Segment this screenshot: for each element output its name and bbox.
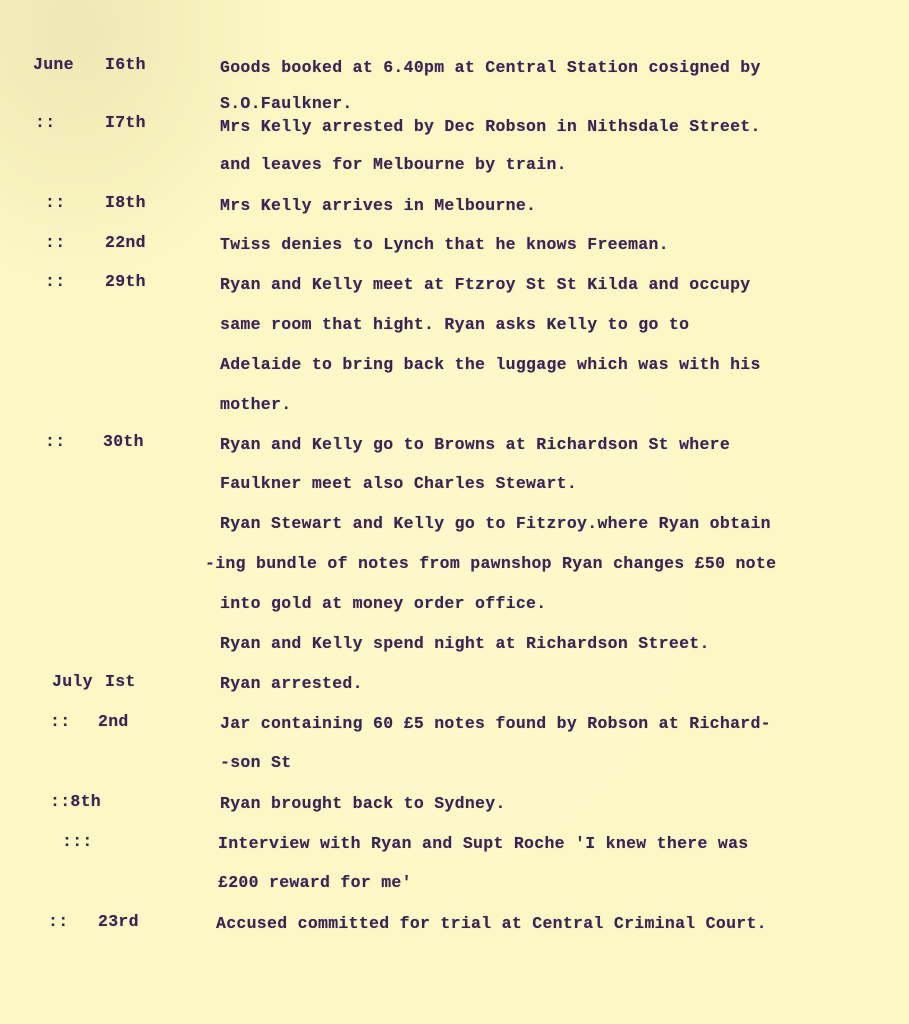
date-marker: :: bbox=[35, 113, 55, 132]
date-day: 22nd bbox=[105, 233, 146, 252]
entry-text-line: -ing bundle of notes from pawnshop Ryan … bbox=[205, 554, 776, 573]
date-marker: :: bbox=[48, 912, 68, 931]
entry-text-line: Ryan arrested. bbox=[220, 674, 363, 693]
entry-text-line: -son St bbox=[220, 753, 291, 772]
entry-text-line: same room that hight. Ryan asks Kelly to… bbox=[220, 315, 689, 334]
entry-text-line: S.O.Faulkner. bbox=[220, 94, 353, 113]
entry-text-line: Adelaide to bring back the luggage which… bbox=[220, 355, 761, 374]
date-day: 2nd bbox=[98, 712, 129, 731]
date-day: 29th bbox=[105, 272, 146, 291]
entry-text-line: Jar containing 60 £5 notes found by Robs… bbox=[220, 714, 771, 733]
entry-text-line: Ryan brought back to Sydney. bbox=[220, 794, 506, 813]
date-marker: July bbox=[52, 672, 93, 691]
entry-text-line: and leaves for Melbourne by train. bbox=[220, 155, 567, 174]
date-marker: :: bbox=[45, 272, 65, 291]
entry-text-line: Ryan and Kelly spend night at Richardson… bbox=[220, 634, 710, 653]
date-day: I8th bbox=[105, 193, 146, 212]
date-day: Ist bbox=[105, 672, 136, 691]
date-marker: :: bbox=[45, 193, 65, 212]
date-day: 23rd bbox=[98, 912, 139, 931]
date-marker: :: bbox=[45, 233, 65, 252]
date-marker: :: bbox=[50, 712, 70, 731]
typewritten-page: June I6th Goods booked at 6.40pm at Cent… bbox=[0, 0, 909, 1024]
date-day: I7th bbox=[105, 113, 146, 132]
entry-text-line: Mrs Kelly arrested by Dec Robson in Nith… bbox=[220, 117, 761, 136]
entry-text-line: Goods booked at 6.40pm at Central Statio… bbox=[220, 58, 761, 77]
date-marker: ::8th bbox=[50, 792, 101, 811]
entry-text-line: Mrs Kelly arrives in Melbourne. bbox=[220, 196, 536, 215]
entry-text-line: Interview with Ryan and Supt Roche 'I kn… bbox=[218, 834, 748, 853]
entry-text-line: Ryan and Kelly go to Browns at Richardso… bbox=[220, 435, 730, 454]
entry-text-line: mother. bbox=[220, 395, 291, 414]
date-marker: ::: bbox=[62, 832, 93, 851]
entry-text-line: Ryan Stewart and Kelly go to Fitzroy.whe… bbox=[220, 514, 771, 533]
entry-text-line: Twiss denies to Lynch that he knows Free… bbox=[220, 235, 669, 254]
entry-text-line: Ryan and Kelly meet at Ftzroy St St Kild… bbox=[220, 275, 750, 294]
entry-text-line: Accused committed for trial at Central C… bbox=[216, 914, 767, 933]
date-day: 30th bbox=[103, 432, 144, 451]
date-marker: June bbox=[33, 55, 74, 74]
entry-text-line: £200 reward for me' bbox=[218, 873, 412, 892]
date-day: I6th bbox=[105, 55, 146, 74]
entry-text-line: Faulkner meet also Charles Stewart. bbox=[220, 474, 577, 493]
date-marker: :: bbox=[45, 432, 65, 451]
entry-text-line: into gold at money order office. bbox=[220, 594, 546, 613]
